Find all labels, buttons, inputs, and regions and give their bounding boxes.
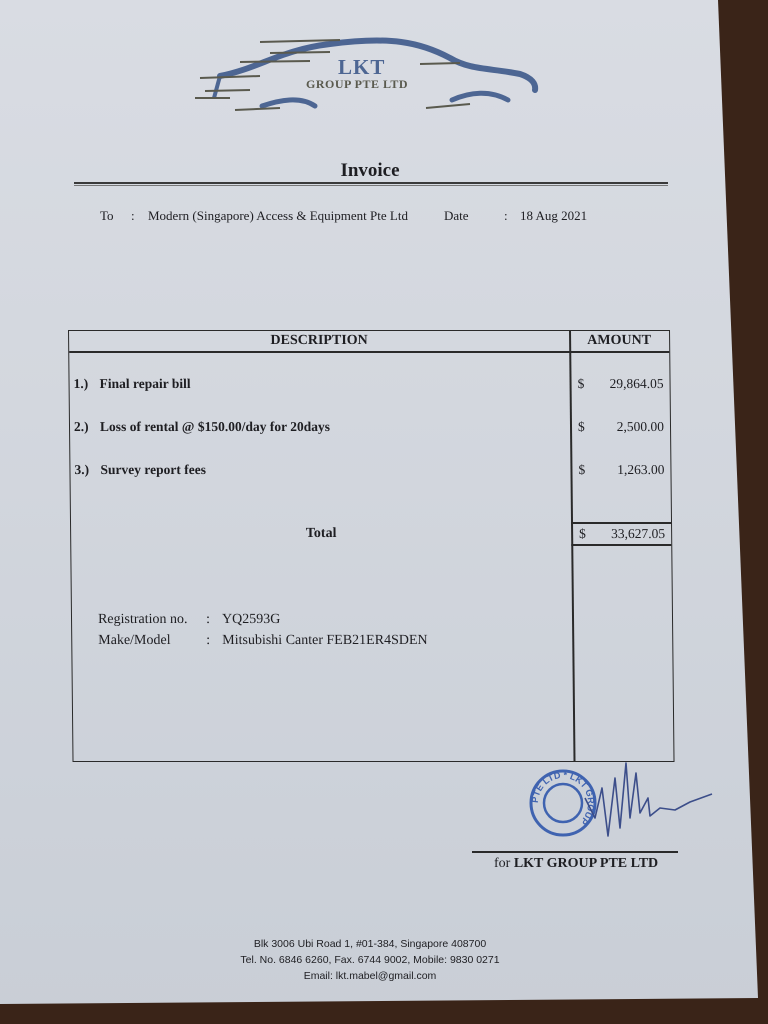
- line-item: 3.)Survey report fees: [74, 462, 206, 478]
- footer-email: Email: lkt.mabel@gmail.com: [0, 970, 740, 982]
- header-amount: AMOUNT: [569, 333, 669, 349]
- make-model-value: Mitsubishi Canter FEB21ER4SDEN: [222, 633, 428, 648]
- date-value: 18 Aug 2021: [520, 208, 587, 224]
- total-rule-bottom: [571, 544, 671, 546]
- date-colon: :: [504, 208, 508, 224]
- invoice-table: DESCRIPTION AMOUNT 1.)Final repair bill …: [68, 330, 675, 762]
- title-rule-thin: [74, 185, 668, 186]
- line-item: 2.)Loss of rental @ $150.00/day for 20da…: [74, 419, 330, 435]
- to-colon: :: [131, 208, 135, 224]
- make-model-row: Make/Model:Mitsubishi Canter FEB21ER4SDE…: [98, 633, 428, 649]
- document-title: Invoice: [0, 160, 740, 182]
- footer-address: Blk 3006 Ubi Road 1, #01-384, Singapore …: [0, 938, 740, 950]
- to-value: Modern (Singapore) Access & Equipment Pt…: [148, 208, 408, 224]
- handwritten-signature-icon: [580, 758, 720, 848]
- total-label: Total: [71, 526, 571, 542]
- logo-company: GROUP PTE LTD: [306, 77, 408, 92]
- date-label: Date: [444, 208, 469, 224]
- signature-line: [472, 851, 678, 853]
- registration-value: YQ2593G: [222, 612, 281, 627]
- header-description: DESCRIPTION: [69, 333, 569, 349]
- column-divider: [569, 331, 575, 761]
- footer-contact: Tel. No. 6846 6260, Fax. 6744 9002, Mobi…: [0, 954, 740, 966]
- company-logo: LKT GROUP PTE LTD: [190, 28, 550, 118]
- registration-row: Registration no.:YQ2593G: [98, 612, 281, 628]
- to-label: To: [100, 208, 114, 224]
- line-item: 1.)Final repair bill: [73, 376, 190, 392]
- signatory: for LKT GROUP PTE LTD: [494, 856, 658, 872]
- total-rule-top: [571, 522, 671, 524]
- title-rule: [74, 182, 668, 184]
- header-rule: [69, 351, 669, 353]
